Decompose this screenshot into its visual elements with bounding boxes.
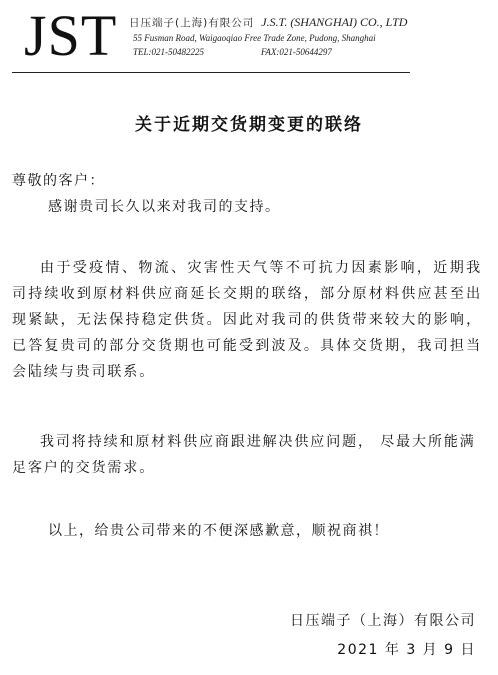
company-name-line: 日压端子(上海)有限公司 J.S.T. (SHANGHAI) CO., LTD <box>129 15 407 30</box>
greeting: 尊敬的客户： <box>12 168 105 194</box>
company-logo: JST <box>24 6 117 66</box>
telephone: TEL:021-50482225 <box>133 47 204 57</box>
contact-line: TEL:021-50482225 FAX:021-50644297 <box>133 47 204 57</box>
fax: FAX:021-50644297 <box>261 47 332 57</box>
letter-date: 2021 年 3 月 9 日 <box>337 637 476 663</box>
header-divider <box>12 72 410 73</box>
closing-line: 以上，给贵公司带来的不便深感歉意，顺祝商祺！ <box>48 518 389 544</box>
body-paragraph-1: 由于受疫情、物流、灾害性天气等不可抗力因素影响，近期我司持续收到原材料供应商延长… <box>12 255 482 385</box>
body-paragraph-2: 我司将持续和原材料供应商跟进解决供应问题， 尽最大所能满足客户的交货需求。 <box>12 429 482 481</box>
signature: 日压端子（上海）有限公司 <box>290 608 476 634</box>
letter-title: 关于近期交货期变更的联络 <box>0 110 498 135</box>
company-name-cn: 日压端子(上海)有限公司 <box>129 17 254 29</box>
thanks-line: 感谢贵司长久以来对我司的支持。 <box>48 194 281 220</box>
company-address: 55 Fusman Road, Waigaoqiao Free Trade Zo… <box>133 33 376 43</box>
company-name-en: J.S.T. (SHANGHAI) CO., LTD <box>261 15 407 29</box>
